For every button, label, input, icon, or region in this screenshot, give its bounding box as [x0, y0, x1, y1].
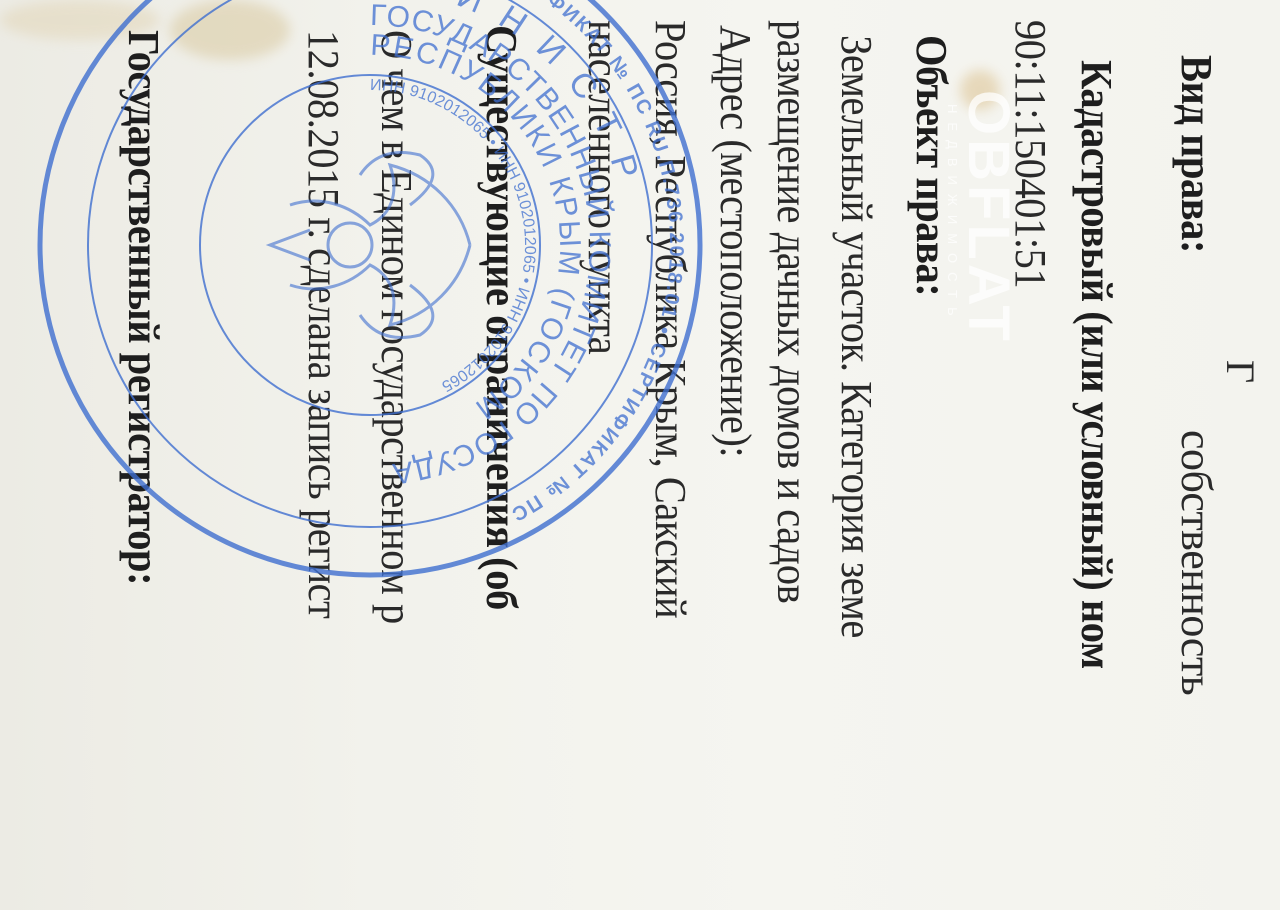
- header-fragment: Г: [1220, 360, 1260, 383]
- registrar-label: Государственный регистратор:: [121, 30, 165, 585]
- right-type-label: Вид права:: [1174, 55, 1218, 253]
- object-description-line2: размещение дачных домов и садов: [770, 20, 814, 603]
- right-type-value: собственность: [1174, 430, 1218, 695]
- restrictions-label: Существующие ограничения (об: [479, 25, 523, 610]
- object-label: Объект права:: [909, 35, 953, 296]
- address-label: Адрес (местоположение):: [713, 25, 757, 457]
- registry-note-line2: 12.08.2015 г. сделана запись регист: [301, 30, 345, 618]
- cadastral-number: 90:11:150401:51: [1008, 20, 1052, 288]
- address-line2: населенного пункта: [581, 20, 625, 354]
- registry-note-line1: О чем в Едином государственном р: [374, 30, 418, 624]
- cadastral-label: Кадастровый (или условный) ном: [1074, 60, 1118, 669]
- address-line1: Россия, Республика Крым, Сакский: [648, 20, 692, 618]
- object-description-line1: Земельный участок. Категория земе: [834, 35, 878, 638]
- document-page: Г OBFLAT НЕДВИЖИМОСТЬ Вид права: собстве…: [0, 0, 1280, 910]
